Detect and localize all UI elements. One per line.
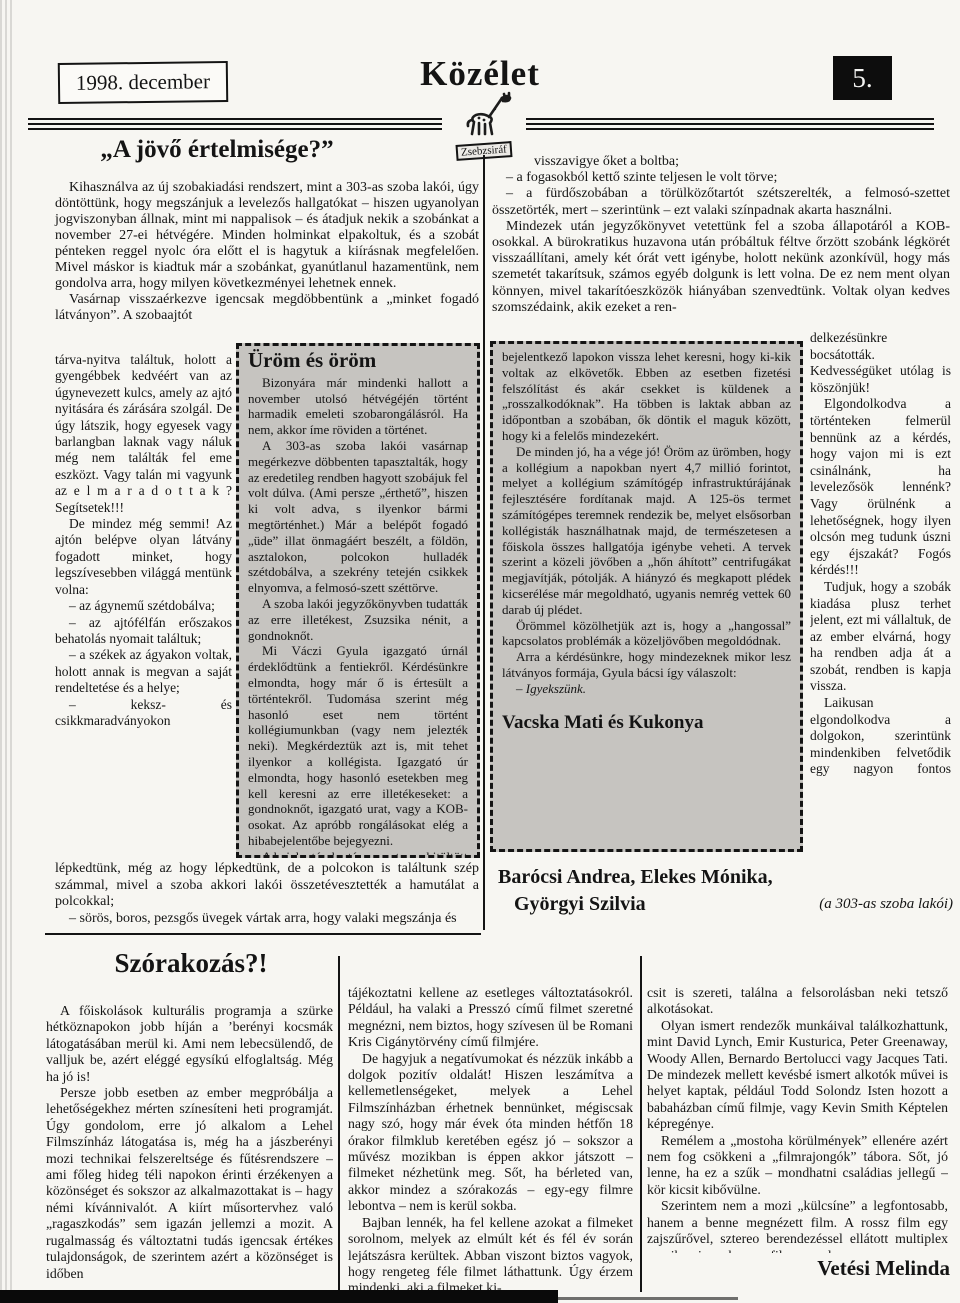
list-item: – a fürdőszobában a törülközőtartót szét… <box>492 186 950 218</box>
issue-date: 1998. december <box>76 69 210 96</box>
zsebzsiraf-logo: Zsebzsiráf <box>444 90 524 160</box>
issue-date-box: 1998. december <box>58 61 228 104</box>
paragraph: lépkedtünk, még az hogy lépkedtünk, de a… <box>55 861 479 911</box>
lead-left-column: tárva-nyitva találtuk, holott a gyengébb… <box>55 352 232 858</box>
bottom-article-signature: Vetési Melinda <box>760 1256 950 1281</box>
list-item: – az ajtófélfán erőszakos behatolás nyom… <box>55 615 232 648</box>
section-title: Közélet <box>380 54 580 94</box>
author-line: Barócsi Andrea, Elekes Mónika, <box>498 864 818 891</box>
lead-right-top-block: visszavigye őket a boltba; – a fogasokbó… <box>492 154 950 316</box>
bottom-column-1: A főiskolások kulturális programja a szü… <box>46 1003 333 1295</box>
page-number-badge: 5. <box>833 56 892 100</box>
bottom-column-3: csit is szereti, találna a felsorolásban… <box>647 985 948 1253</box>
paragraph: visszavigye őket a boltba; <box>492 154 950 170</box>
lead-article-title: „A jövő értelmisége?” <box>72 136 362 164</box>
list-item: – a fogasokból kettő szinte teljesen le … <box>492 170 950 186</box>
paragraph: Olyan ismert rendezők munkáival találkoz… <box>647 1018 948 1133</box>
paragraph: Szerintem nem a mozi „külcsíne” a legfon… <box>647 1198 948 1253</box>
scan-bottom-line-artifact <box>558 1297 738 1300</box>
paragraph: Mi Váczi Gyula igazgató úrnál érdeklődtü… <box>248 643 468 848</box>
paragraph: Arra a kérdésünkre, hogy mindezeknek mik… <box>502 649 791 681</box>
bottom-column-2: tájékoztatni kellene az esetleges változ… <box>348 985 633 1297</box>
paragraph: De minden jó, ha a vége jó! Öröm az üröm… <box>502 444 791 618</box>
paragraph: Remélem a „mostoha körülmények” ellenére… <box>647 1133 948 1199</box>
paragraph: Bizonyára már mindenki hallott a novembe… <box>248 375 468 438</box>
paragraph: tájékoztatni kellene az esetleges változ… <box>348 985 633 1051</box>
page-number: 5. <box>852 63 872 94</box>
column-divider-main <box>483 155 485 930</box>
scan-bottom-bar-artifact <box>0 1290 558 1303</box>
urom-box-signature: Vacska Mati és Kukonya <box>502 715 791 731</box>
paragraph: Laikusan elgondolkodva a dolgokon, szeri… <box>810 695 951 778</box>
bottom-column-divider-1 <box>338 956 340 1292</box>
authors-note: (a 303-as szoba lakói) <box>795 896 953 913</box>
paragraph: A főiskolások kulturális programja a szü… <box>46 1003 333 1085</box>
paragraph: De mindez még semmi! Az ajtón belépve ol… <box>55 516 232 598</box>
paragraph: A bejelentések után a pontosan kitöltött <box>248 849 468 858</box>
paragraph: csit is szereti, találna a felsorolásban… <box>647 985 948 1018</box>
newspaper-page: 1998. december Közélet 5. Zsebzsir <box>0 0 960 1303</box>
lead-left-bottom-block: lépkedtünk, még az hogy lépkedtünk, de a… <box>55 861 479 927</box>
paragraph: A szoba lakói jegyzőkönyvben tudatták az… <box>248 596 468 643</box>
urom-box-title: Üröm és öröm <box>248 353 468 369</box>
header-rule-right <box>526 118 934 130</box>
paragraph: De hagyjuk a negatívumokat és nézzük ink… <box>348 1051 633 1215</box>
paragraph: Persze jobb esetben az ember megpróbálja… <box>46 1085 333 1282</box>
tail-normal: Laikusan elgondolkodva a dolgokon, szeri… <box>810 695 951 778</box>
paragraph: bejelentkező lapokon vissza lehet keresn… <box>502 349 791 444</box>
urom-box-part1: Üröm és öröm Bizonyára már mindenki hall… <box>236 343 480 858</box>
lead-authors: Barócsi Andrea, Elekes Mónika, Györgyi S… <box>498 864 818 918</box>
list-item: – sörös, boros, pezsgős üvegek vártak ar… <box>55 911 479 928</box>
paragraph: delkezésünkre bocsátották. Kedvességüket… <box>810 330 951 396</box>
giraffe-icon <box>452 123 516 140</box>
bottom-article-title: Szórakozás?! <box>60 948 322 979</box>
author-line: Györgyi Szilvia <box>498 891 818 918</box>
paragraph: A 303-as szoba lakói vasárnap megérkezve… <box>248 438 468 596</box>
paragraph: Bajban lennék, ha fel kellene azokat a f… <box>348 1215 633 1297</box>
scan-edge-artifact <box>0 0 14 1303</box>
bottom-column-divider-2 <box>640 956 642 1292</box>
header-rule-left <box>28 118 442 130</box>
list-item: – a székek az ágyakon voltak, holott ann… <box>55 647 232 696</box>
paragraph: Elgondolkodva a történteken felmerül ben… <box>810 396 951 579</box>
section-divider-rule <box>45 933 481 935</box>
lead-right-column: delkezésünkre bocsátották. Kedvességüket… <box>810 330 951 778</box>
list-item: – keksz- és csikkmaradványokon <box>55 697 232 730</box>
paragraph: Vasárnap visszaérkezve igencsak megdöbbe… <box>55 292 479 324</box>
paragraph: Kihasználva az új szobakiadási rendszert… <box>55 180 479 292</box>
quote-line: – Igyekszünk. <box>502 681 791 697</box>
paragraph: tárva-nyitva találtuk, holott a gyengébb… <box>55 352 232 516</box>
paragraph: Tudjuk, hogy a szobák kiadása plusz terh… <box>810 579 951 695</box>
paragraph: Mindezek után jegyzőkönyvet vetettünk fe… <box>492 219 950 316</box>
paragraph: Örömmel közölhetjük azt is, hogy a „hang… <box>502 618 791 650</box>
list-item: – az ágynemű szétdobálva; <box>55 598 232 614</box>
urom-box-part2: bejelentkező lapokon vissza lehet keresn… <box>490 341 803 852</box>
lead-intro-block: Kihasználva az új szobakiadási rendszert… <box>55 180 479 324</box>
